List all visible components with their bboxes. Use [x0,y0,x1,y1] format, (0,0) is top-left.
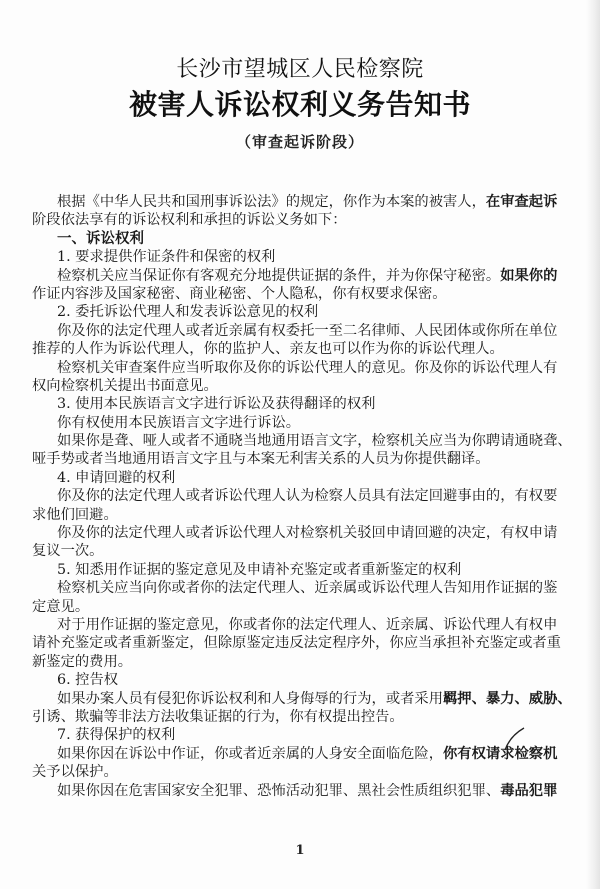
text-span: 你有权使用本民族语言文字进行诉讼。 [57,415,300,431]
emphasized-text: 如果你的 [500,268,557,284]
text-span: 检察机关审查案件应当听取你及你的诉讼代理人的意见。你及你的诉讼代理人有 [57,360,557,376]
paragraph-line: 你及你的法定代理人或者近亲属有权委托一至二名律师、人民团体或你所在单位 [32,322,567,340]
text-span: 如果你是聋、哑人或者不通晓当地通用语言文字，检察机关应当为你聘请通晓聋、 [57,433,572,449]
paragraph-line: 阶段依法享有的诉讼权利和承担的诉讼义务如下： [32,211,567,229]
text-span: 如果你因在诉讼中作证，你或者近亲属的人身安全面临危险， [57,746,443,762]
subsection-title: 7. 获得保护的权利 [32,726,567,744]
paragraph-line: 你有权使用本民族语言文字进行诉讼。 [32,414,567,432]
paragraph-line: 关予以保护。 [32,763,567,781]
text-span: 引诱、欺骗等非法方法收集证据的行为，你有权提出控告。 [32,709,404,725]
text-span: 你及你的法定代理人或者近亲属有权委托一至二名律师、人民团体或你所在单位 [57,323,557,339]
paragraph-line: 如果你是聋、哑人或者不通晓当地通用语言文字，检察机关应当为你聘请通晓聋、 [32,432,567,450]
paragraph-line: 如果办案人员有侵犯你诉讼权利和人身侮辱的行为，或者采用羁押、暴力、威胁、 [32,690,567,708]
paragraph-line: 对于用作证据的鉴定意见，你或者你的法定代理人、近亲属、诉讼代理人有权申 [32,616,567,634]
subsection-title: 4. 申请回避的权利 [32,469,567,487]
text-span: 你及你的法定代理人或者诉讼代理人对检察机关驳回申请回避的决定，有权申请 [57,525,557,541]
paragraph-line: 求他们回避。 [32,506,567,524]
pen-stroke-mark [500,724,530,754]
paragraph-line: 作证内容涉及国家秘密、商业秘密、个人隐私，你有权要求保密。 [32,285,567,303]
section-heading: 一、诉讼权利 [32,230,567,248]
paragraph-line: 如果你因在危害国家安全犯罪、恐怖活动犯罪、黑社会性质组织犯罪、毒品犯罪 [32,782,567,800]
text-span: 一、诉讼权利 [57,231,144,247]
emphasized-text: 羁押、暴力、威胁、 [443,691,572,707]
text-span: 阶段依法享有的诉讼权利和承担的诉讼义务如下： [32,212,347,228]
text-span: 关予以保护。 [32,764,118,780]
text-span: 复议一次。 [32,543,103,559]
text-span: 新鉴定的费用。 [32,654,132,670]
text-span: 7. 获得保护的权利 [57,727,175,743]
paragraph-line: 权向检察机关提出书面意见。 [32,377,567,395]
text-span: 根据《中华人民共和国刑事诉讼法》的规定，你作为本案的被害人， [57,194,486,210]
text-span: 6. 控告权 [57,672,118,688]
text-span: 对于用作证据的鉴定意见，你或者你的法定代理人、近亲属、诉讼代理人有权申 [57,617,557,633]
text-span: 作证内容涉及国家秘密、商业秘密、个人隐私，你有权要求保密。 [32,286,447,302]
paragraph-line: 新鉴定的费用。 [32,653,567,671]
text-span: 如果你因在危害国家安全犯罪、恐怖活动犯罪、黑社会性质组织犯罪、 [57,783,500,799]
paragraph-line: 检察机关应当向你或者你的法定代理人、近亲属或诉讼代理人告知用作证据的鉴 [32,579,567,597]
document-title: 被害人诉讼权利义务告知书 [0,88,600,122]
subsection-title: 3. 使用本民族语言文字进行诉讼及获得翻译的权利 [32,395,567,413]
paragraph-line: 复议一次。 [32,542,567,560]
paragraph-line: 定意见。 [32,598,567,616]
text-span: 检察机关应当保证你有客观充分地提供证据的条件，并为你保守秘密。 [57,268,500,284]
paragraph-line: 根据《中华人民共和国刑事诉讼法》的规定，你作为本案的被害人，在审查起诉 [32,193,567,211]
text-span: 请补充鉴定或者重新鉴定，但除原鉴定违反法定程序外，你应当承担补充鉴定或者重 [32,635,561,651]
text-span: 1. 要求提供作证条件和保密的权利 [57,249,275,265]
text-span: 2. 委托诉讼代理人和发表诉讼意见的权利 [57,304,318,320]
paragraph-line: 你及你的法定代理人或者诉讼代理人认为检察人员具有法定回避事由的，有权要 [32,487,567,505]
paragraph-line: 引诱、欺骗等非法方法收集证据的行为，你有权提出控告。 [32,708,567,726]
text-span: 3. 使用本民族语言文字进行诉讼及获得翻译的权利 [57,396,375,412]
paragraph-line: 请补充鉴定或者重新鉴定，但除原鉴定违反法定程序外，你应当承担补充鉴定或者重 [32,634,567,652]
subsection-title: 1. 要求提供作证条件和保密的权利 [32,248,567,266]
document-stage: （审查起诉阶段） [0,131,600,153]
paragraph-line: 检察机关审查案件应当听取你及你的诉讼代理人的意见。你及你的诉讼代理人有 [32,359,567,377]
paragraph-line: 推荐的人作为诉讼代理人，你的监护人、亲友也可以作为你的诉讼代理人。 [32,340,567,358]
paragraph-line: 哑手势或者当地通用语言文字且与本案无利害关系的人员为你提供翻译。 [32,450,567,468]
subsection-title: 6. 控告权 [32,671,567,689]
subsection-title: 2. 委托诉讼代理人和发表诉讼意见的权利 [32,303,567,321]
emphasized-text: 在审查起诉 [486,194,557,210]
institution-name: 长沙市望城区人民检察院 [0,56,600,84]
page-number: 1 [0,843,600,858]
text-span: 推荐的人作为诉讼代理人，你的监护人、亲友也可以作为你的诉讼代理人。 [32,341,504,357]
text-span: 如果办案人员有侵犯你诉讼权利和人身侮辱的行为，或者采用 [57,691,443,707]
text-span: 定意见。 [32,599,89,615]
document-body: 根据《中华人民共和国刑事诉讼法》的规定，你作为本案的被害人，在审查起诉阶段依法享… [32,193,567,800]
text-span: 5. 知悉用作证据的鉴定意见及申请补充鉴定或者重新鉴定的权利 [57,562,461,578]
text-span: 权向检察机关提出书面意见。 [32,378,218,394]
text-span: 哑手势或者当地通用语言文字且与本案无利害关系的人员为你提供翻译。 [32,451,490,467]
emphasized-text: 毒品犯罪 [500,783,557,799]
paragraph-line: 你及你的法定代理人或者诉讼代理人对检察机关驳回申请回避的决定，有权申请 [32,524,567,542]
text-span: 4. 申请回避的权利 [57,470,175,486]
paragraph-line: 检察机关应当保证你有客观充分地提供证据的条件，并为你保守秘密。如果你的 [32,267,567,285]
text-span: 检察机关应当向你或者你的法定代理人、近亲属或诉讼代理人告知用作证据的鉴 [57,580,557,596]
paragraph-line: 如果你因在诉讼中作证，你或者近亲属的人身安全面临危险，你有权请求检察机 [32,745,567,763]
subsection-title: 5. 知悉用作证据的鉴定意见及申请补充鉴定或者重新鉴定的权利 [32,561,567,579]
text-span: 求他们回避。 [32,507,118,523]
text-span: 你及你的法定代理人或者诉讼代理人认为检察人员具有法定回避事由的，有权要 [57,488,557,504]
